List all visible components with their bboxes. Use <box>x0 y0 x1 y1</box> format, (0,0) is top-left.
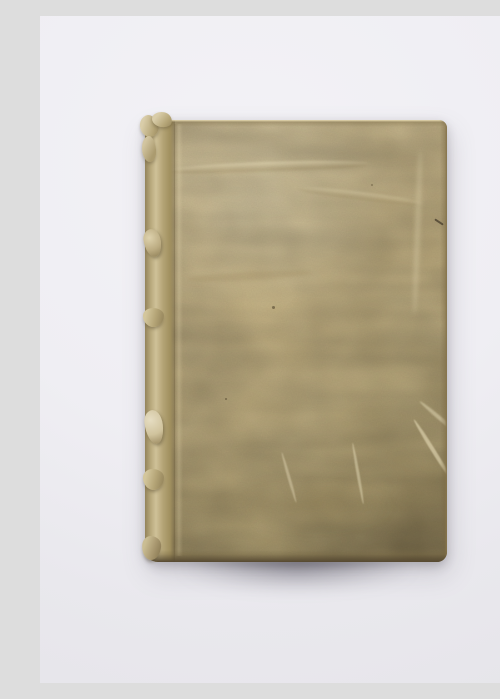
photograph <box>40 16 500 683</box>
book-front-cover <box>145 120 447 562</box>
vellum-book <box>145 120 447 562</box>
soil-speck <box>371 184 373 186</box>
soil-speck <box>272 306 275 309</box>
parchment-texture <box>145 120 447 562</box>
spine-joint-crease <box>174 124 183 556</box>
book-spine <box>145 120 175 562</box>
cover-bottom-edge <box>145 550 447 562</box>
cover-top-edge <box>145 120 447 127</box>
cover-fore-edge <box>440 120 447 562</box>
soil-speck <box>225 398 227 400</box>
